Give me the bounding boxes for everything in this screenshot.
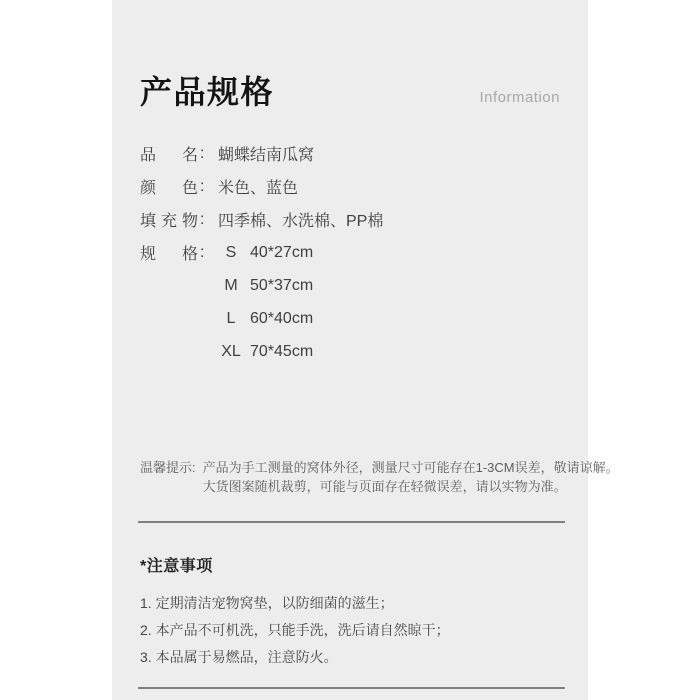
spec-row-size-m: M 50*37cm [140,269,560,302]
spec-value: 蝴蝶结南瓜窝 [218,142,314,165]
page-canvas: 产品规格 Information 品名 : 蝴蝶结南瓜窝 颜色 : 米色、蓝色 … [0,0,700,700]
spec-row-size-xl: XL 70*45cm [140,335,560,368]
spec-label: 品名 [140,142,198,165]
spec-row-color: 颜色 : 米色、蓝色 [140,170,560,203]
spec-label: 规格 [140,241,198,264]
spec-list: 品名 : 蝴蝶结南瓜窝 颜色 : 米色、蓝色 填充物 : 四季棉、水洗棉、PP棉… [140,137,560,368]
spec-value: 米色、蓝色 [218,175,298,198]
notes-list: 1. 定期清洁宠物窝垫，以防细菌的滋生； 2. 本产品不可机洗，只能手洗，洗后请… [140,590,450,671]
spec-value: 四季棉、水洗棉、PP棉 [218,208,383,231]
warm-tips-label: 温馨提示: [140,458,196,496]
section-divider [138,521,565,523]
warm-tips-body: 产品为手工测量的窝体外径，测量尺寸可能存在1-3CM误差，敬请谅解。 大货图案随… [203,458,619,496]
bottom-divider [138,687,565,689]
spec-colon: : [198,211,218,229]
spec-row-filling: 填充物 : 四季棉、水洗棉、PP棉 [140,203,560,236]
size-dimension: 40*27cm [250,244,313,262]
spec-colon: : [198,178,218,196]
page-title: 产品规格 [140,72,274,112]
spec-colon: : [198,145,218,163]
warm-tips-line-1: 产品为手工测量的窝体外径，测量尺寸可能存在1-3CM误差，敬请谅解。 [203,460,619,475]
warm-tips: 温馨提示: 产品为手工测量的窝体外径，测量尺寸可能存在1-3CM误差，敬请谅解。… [140,458,619,496]
size-dimension: 50*37cm [250,277,313,295]
warm-tips-line-2: 大货图案随机裁剪，可能与页面存在轻微误差，请以实物为准。 [203,479,567,494]
spec-colon: : [198,244,218,262]
spec-label: 填充物 [140,208,198,231]
size-name: S [218,244,244,262]
note-item: 1. 定期清洁宠物窝垫，以防细菌的滋生； [140,590,450,617]
spec-label: 颜色 [140,175,198,198]
header-subtitle: Information [479,89,560,106]
size-name: M [218,277,244,295]
size-dimension: 70*45cm [250,343,313,361]
spec-row-size-l: L 60*40cm [140,302,560,335]
size-dimension: 60*40cm [250,310,313,328]
size-name: XL [218,343,244,361]
note-item: 3. 本品属于易燃品，注意防火。 [140,644,450,671]
size-name: L [218,310,244,328]
spec-row-size-s: 规格 : S 40*27cm [140,236,560,269]
product-info-card: 产品规格 Information 品名 : 蝴蝶结南瓜窝 颜色 : 米色、蓝色 … [112,0,588,700]
notes-title: *注意事项 [140,553,213,576]
note-item: 2. 本产品不可机洗，只能手洗，洗后请自然晾干； [140,617,450,644]
spec-row-name: 品名 : 蝴蝶结南瓜窝 [140,137,560,170]
